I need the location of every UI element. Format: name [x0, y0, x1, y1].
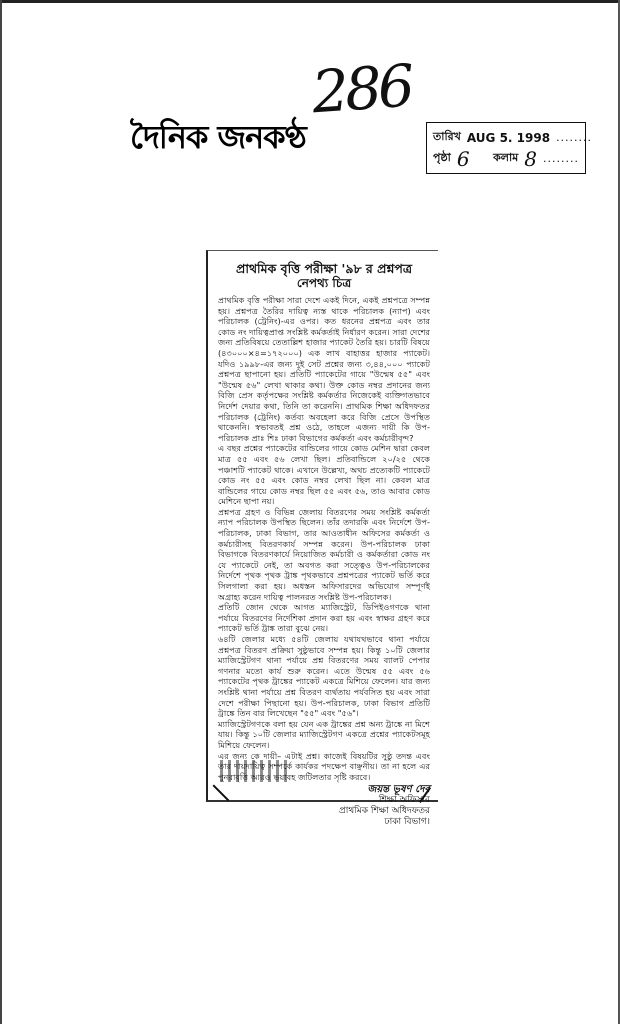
scan-border-top [0, 0, 620, 3]
handwritten-archive-number: 286 [310, 52, 413, 127]
article-subtitle: নেপথ্য চিত্র [218, 276, 430, 291]
stamp-column-label: কলাম [493, 149, 518, 168]
newspaper-masthead: দৈনিক জনকণ্ঠ [130, 112, 306, 166]
article-paragraph: ম্যাজিস্ট্রেটগণকে বলা হয় যেন এক ট্রাঙ্ক… [218, 719, 430, 751]
author-name: জয়ন্ত ভূষণ দেব [218, 784, 430, 795]
article-paragraph: এ বছর প্রশ্নের প্যাকেটের বান্ডিলের গায়ে… [218, 443, 430, 507]
author-signature: জয়ন্ত ভূষণ দেব শিক্ষা অফিসার প্রাথমিক শ… [218, 784, 430, 828]
stamp-date-value: AUG 5. 1998 [467, 131, 550, 145]
stamp-dots: ........ [556, 131, 592, 144]
scan-smudge [220, 760, 290, 782]
stamp-page-value: 6 [457, 147, 470, 171]
stamp-page-row: পৃষ্ঠা 6 কলাম 8 ........ [433, 148, 579, 169]
article-body: প্রাথমিক বৃত্তি পরীক্ষা সারা দেশে একই দি… [218, 295, 430, 782]
author-title: শিক্ষা অফিসার [218, 795, 430, 806]
article-paragraph: প্রশ্নপত্র গ্রহণ ও বিভিন্ন জেলায় বিতরণে… [218, 507, 430, 602]
scan-border-left [0, 0, 2, 1024]
author-division: ঢাকা বিভাগ। [218, 817, 430, 828]
author-office: প্রাথমিক শিক্ষা অধিদফতর [218, 806, 430, 817]
article-title: প্রাথমিক বৃত্তি পরীক্ষা '৯৮ র প্রশ্নপত্র [218, 261, 430, 276]
date-page-stamp: তারিখ AUG 5. 1998 ........ পৃষ্ঠা 6 কলাম… [426, 122, 586, 174]
stamp-date-row: তারিখ AUG 5. 1998 ........ [433, 127, 579, 148]
newspaper-clipping: প্রাথমিক বৃত্তি পরীক্ষা '৯৮ র প্রশ্নপত্র… [206, 250, 438, 802]
stamp-date-label: তারিখ [433, 128, 461, 147]
stamp-dots: ........ [543, 152, 579, 165]
article-paragraph: প্রতিটি জোন থেকে আগত ম্যাজিস্ট্রেট, ডিপি… [218, 602, 430, 634]
stamp-column-value: 8 [524, 147, 537, 171]
stamp-page-label: পৃষ্ঠা [433, 149, 451, 168]
article-paragraph: ৬৪টি জেলার মধ্যে ৫৪টি জেলায় যথাযথভাবে থ… [218, 634, 430, 719]
article-paragraph: প্রাথমিক বৃত্তি পরীক্ষা সারা দেশে একই দি… [218, 295, 430, 443]
